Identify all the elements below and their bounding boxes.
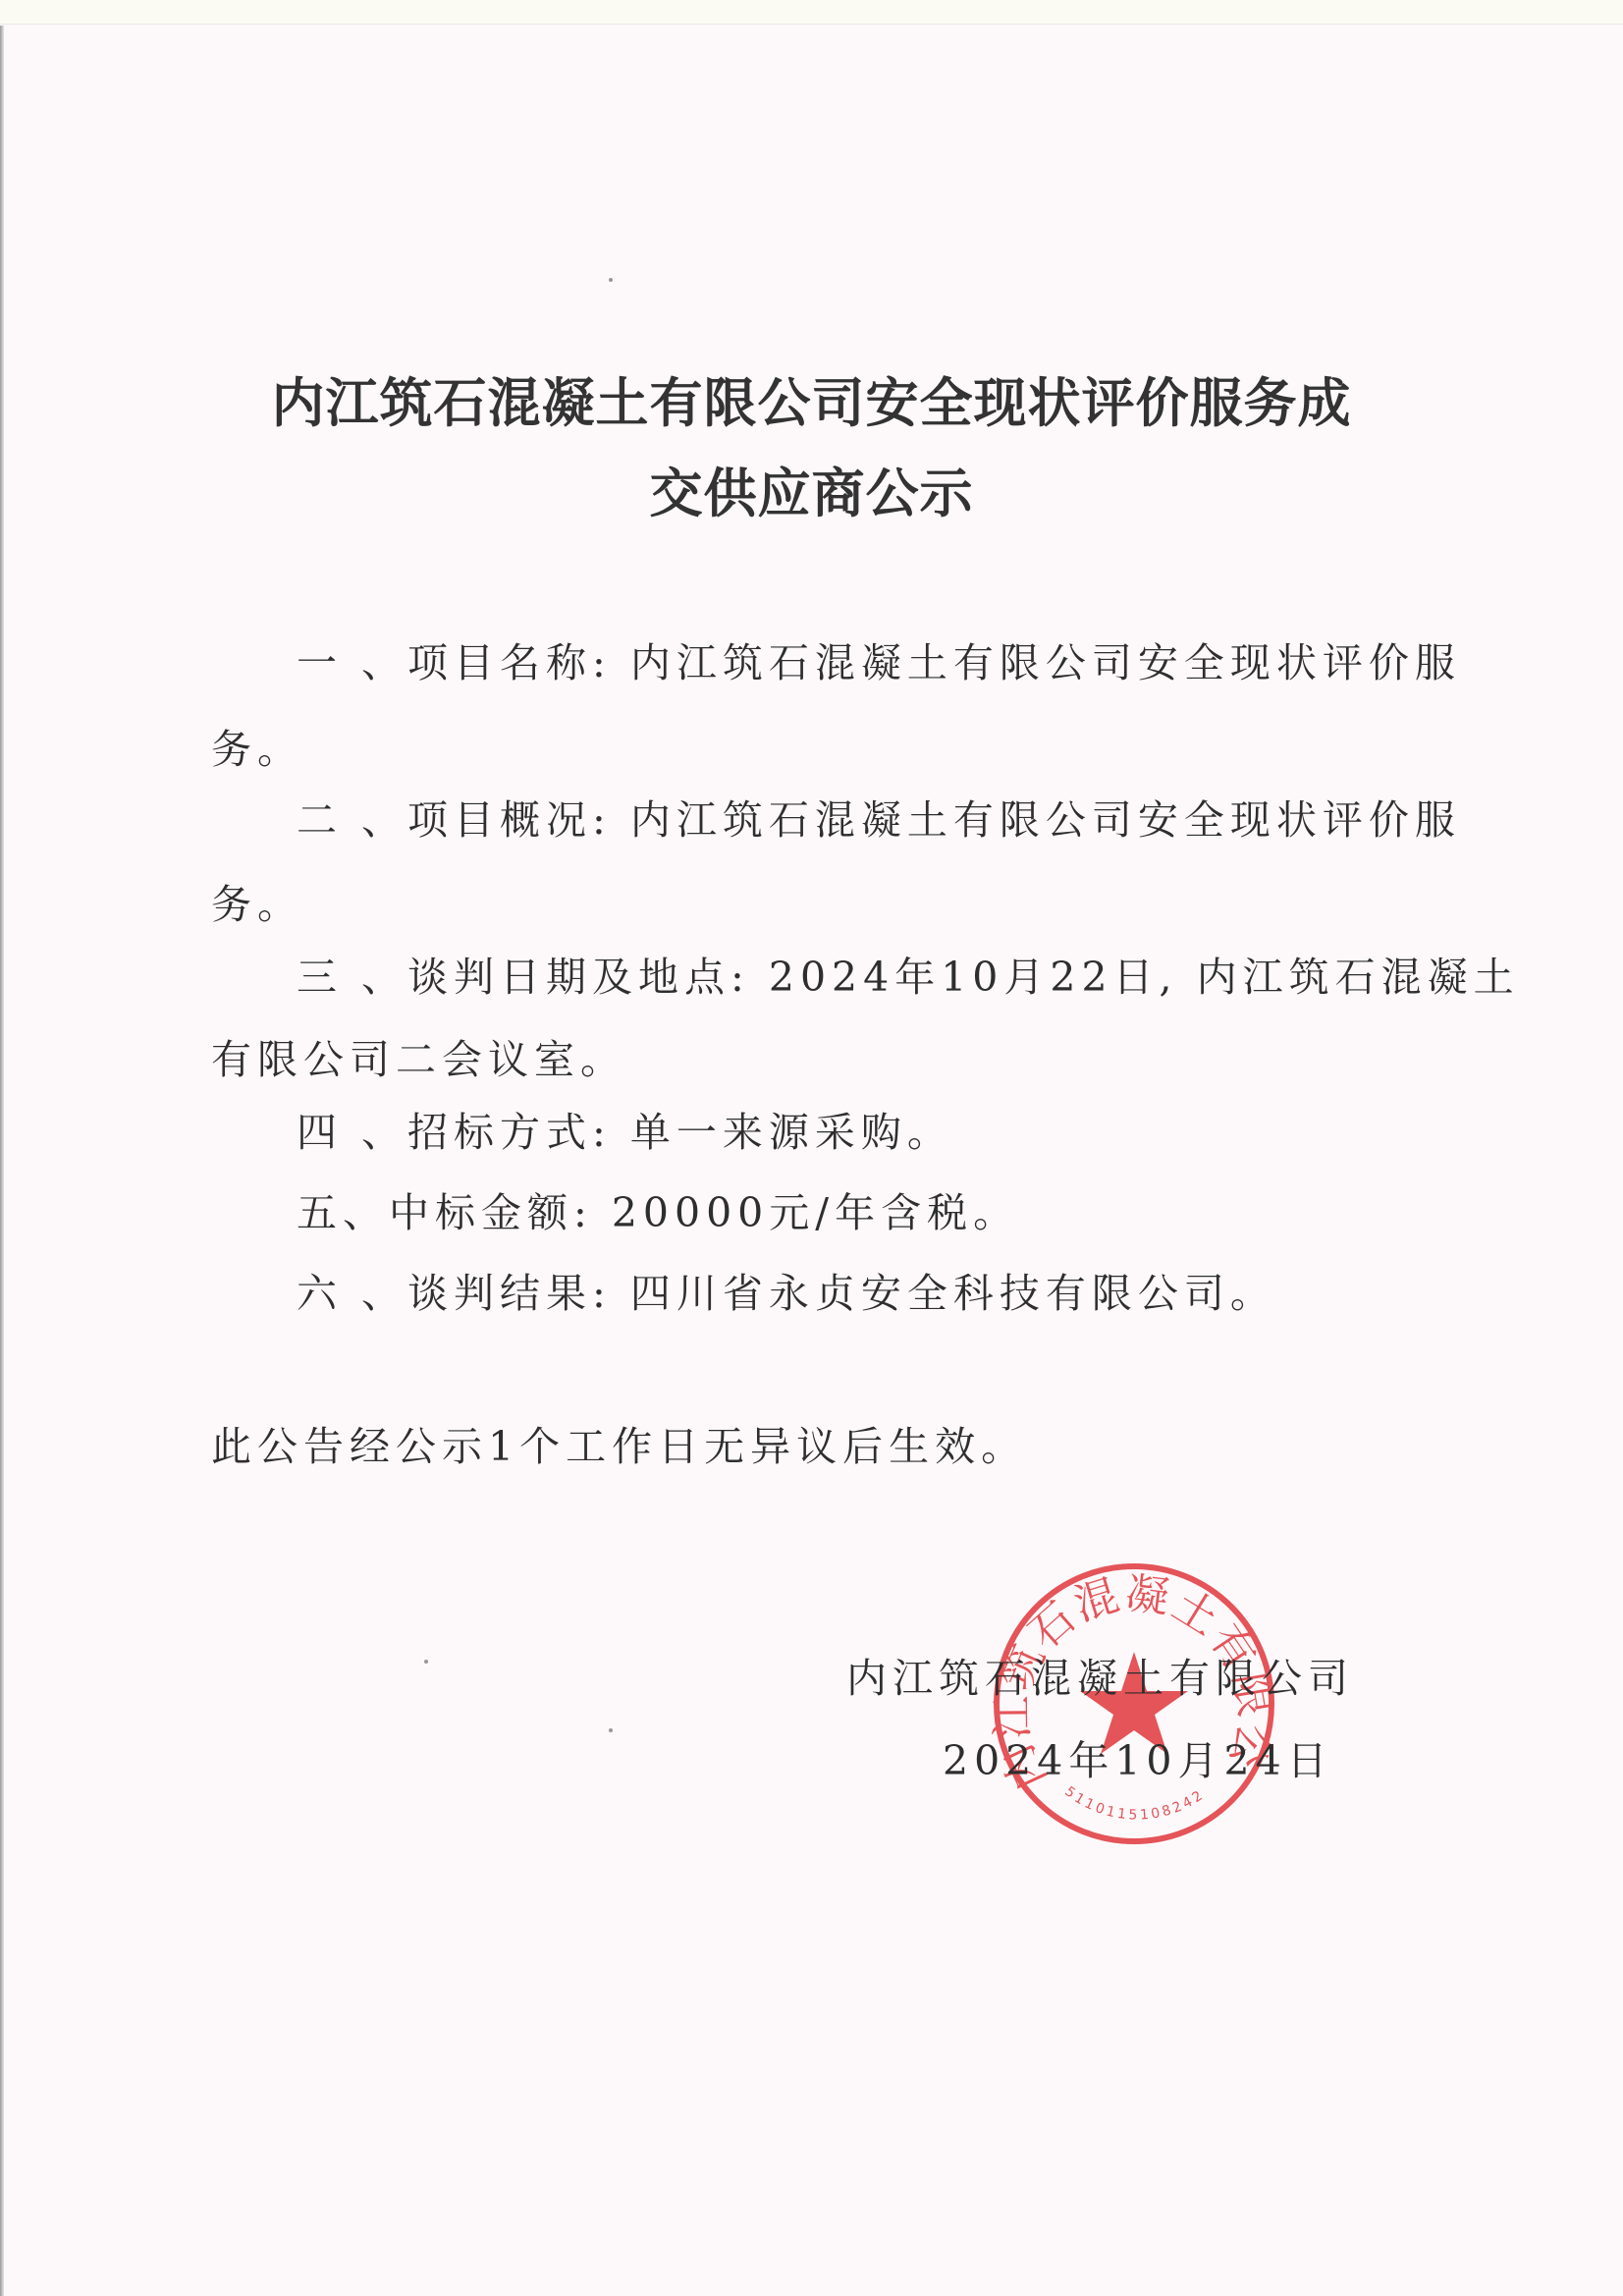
document-title-line-2: 交供应商公示 bbox=[196, 452, 1427, 527]
item-6-line: 六 、谈判结果: 四川省永贞安全科技有限公司。 bbox=[297, 1261, 1276, 1319]
item-5-line: 五、中标金额: 20000元/年含税。 bbox=[297, 1180, 1019, 1238]
item-3-line-2: 有限公司二会议室。 bbox=[211, 1027, 626, 1085]
document-page: 内江筑石混凝土有限公司安全现状评价服务成 交供应商公示 一 、项目名称: 内江筑… bbox=[0, 0, 1623, 2296]
svg-text:5110115108242: 5110115108242 bbox=[1061, 1783, 1208, 1823]
item-4-line: 四 、招标方式: 单一来源采购。 bbox=[297, 1100, 953, 1158]
scan-speck bbox=[424, 1660, 428, 1664]
item-1-line-2: 务。 bbox=[211, 717, 303, 775]
official-seal-stamp: 内江筑石混凝土有限公司 5110115108242 bbox=[992, 1561, 1276, 1846]
item-1-line-1: 一 、项目名称: 内江筑石混凝土有限公司安全现状评价服 bbox=[297, 630, 1461, 688]
seal-code-text: 5110115108242 bbox=[1061, 1783, 1208, 1823]
item-2-line-2: 务。 bbox=[211, 872, 303, 930]
signature-company: 内江筑石混凝土有限公司 bbox=[846, 1646, 1354, 1704]
item-3-line-1: 三 、谈判日期及地点: 2024年10月22日, 内江筑石混凝土 bbox=[297, 945, 1520, 1003]
item-2-line-1: 二 、项目概况: 内江筑石混凝土有限公司安全现状评价服 bbox=[297, 788, 1461, 846]
signature-date: 2024年10月24日 bbox=[943, 1728, 1333, 1786]
scan-speck bbox=[609, 278, 613, 282]
document-title-line-1: 内江筑石混凝土有限公司安全现状评价服务成 bbox=[196, 361, 1427, 437]
effective-notice: 此公告经公示1个工作日无异议后生效。 bbox=[211, 1414, 1027, 1472]
scan-speck bbox=[609, 1728, 613, 1732]
